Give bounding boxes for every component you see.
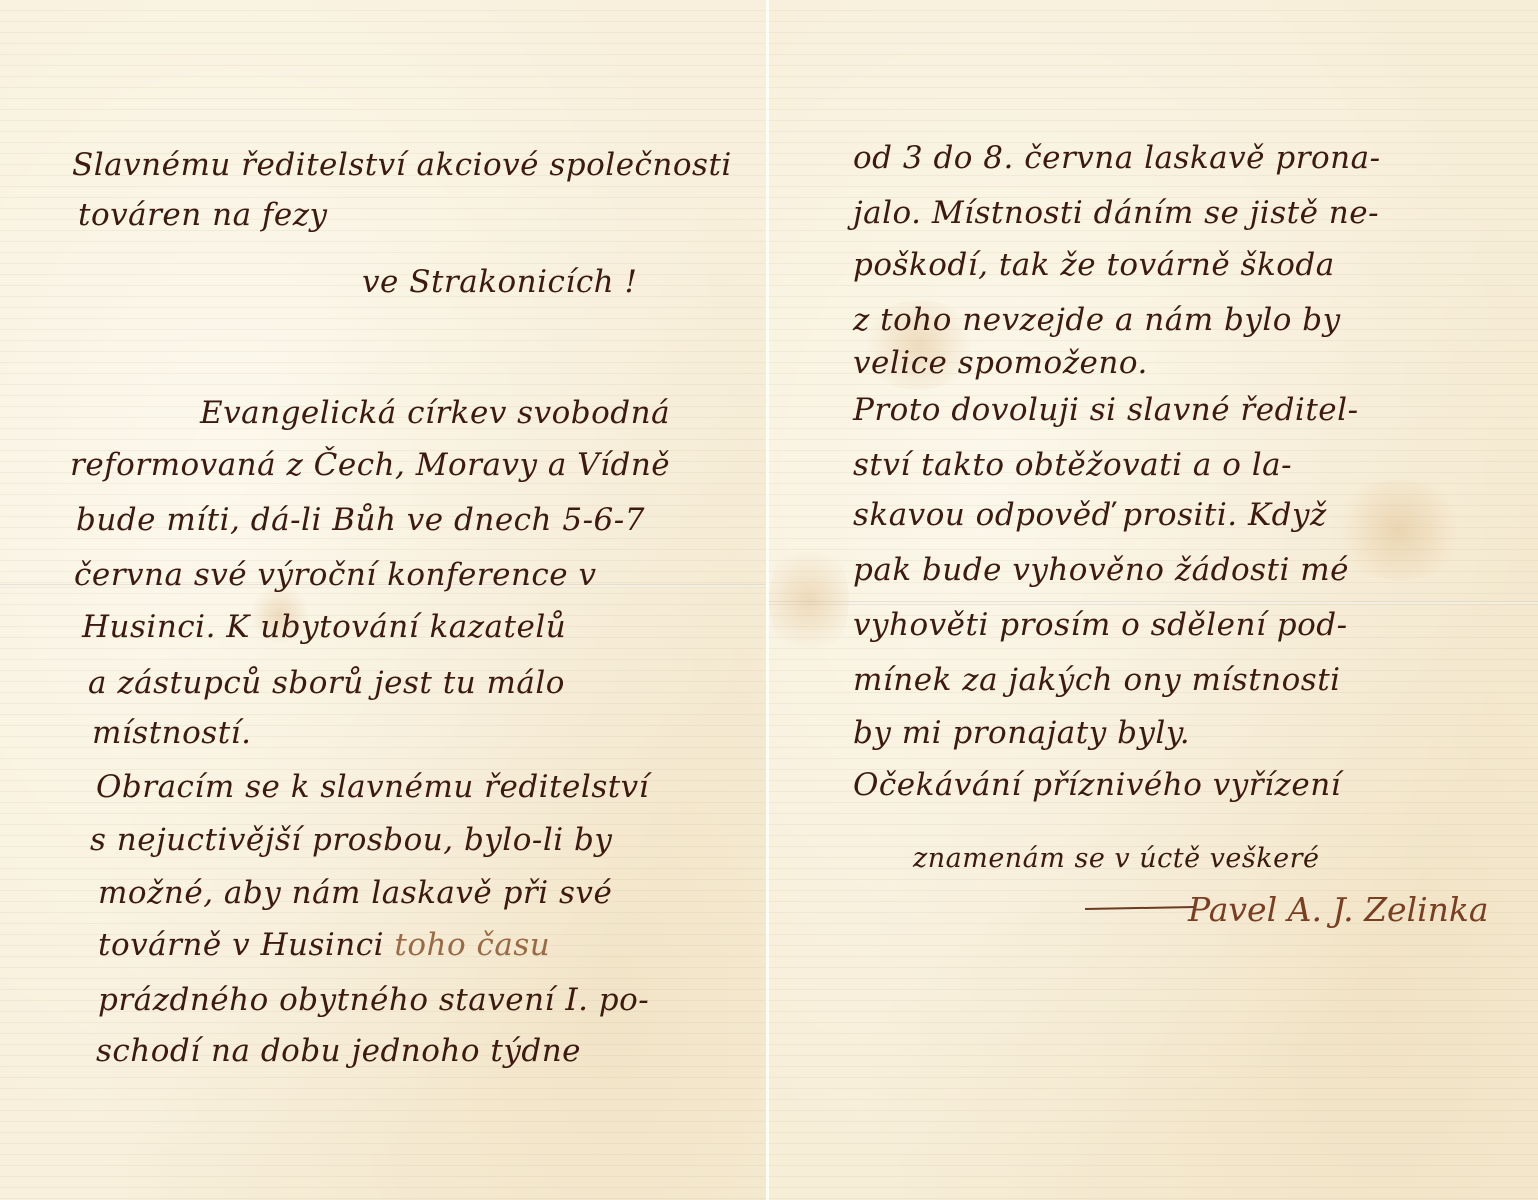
body-line: továrně v Husinci toho času <box>98 930 550 961</box>
body-line: mínek za jakých ony místnosti <box>853 665 1341 696</box>
body-line: Obracím se k slavnému ředitelství <box>96 772 649 803</box>
paper-stain <box>1329 480 1469 580</box>
body-line: z toho nevzejde a nám bylo by <box>853 305 1341 336</box>
body-line: skavou odpověď prositi. Když <box>853 500 1327 531</box>
salutation-line-2: továren na fezy <box>78 200 328 231</box>
body-line: června své výroční konference v <box>74 560 597 591</box>
signature: Pavel A. J. Zelinka <box>1188 890 1489 929</box>
paper-fold-crease <box>769 601 1538 605</box>
body-line: ství takto obtěžovati a o la- <box>853 450 1292 481</box>
body-line: Proto dovoluji si slavné ředitel- <box>853 395 1359 426</box>
body-line: bude míti, dá-li Bůh ve dnech 5-6-7 <box>76 505 645 536</box>
body-line: vyhověti prosím o sdělení pod- <box>853 610 1348 641</box>
body-line-text: továrně v Husinci <box>98 927 384 963</box>
body-line: s nejuctivější prosbou, bylo-li by <box>90 825 612 856</box>
body-line: Evangelická církev svobodná <box>200 398 670 429</box>
closing-line: znamenám se v úctě veškeré <box>913 845 1319 872</box>
body-line: pak bude vyhověno žádosti mé <box>853 555 1349 586</box>
body-line: od 3 do 8. června laskavě prona- <box>853 143 1381 174</box>
body-line: jalo. Místnosti dáním se jistě ne- <box>853 198 1379 229</box>
place-line: ve Strakonicích ! <box>362 267 637 298</box>
body-line: velice spomoženo. <box>853 348 1148 379</box>
body-line: Očekávání příznivého vyřízení <box>853 770 1341 801</box>
paper-stain <box>769 540 849 660</box>
salutation-line-1: Slavnému ředitelství akciové společnosti <box>72 150 732 181</box>
body-line: prázdného obytného stavení I. po- <box>98 985 649 1016</box>
body-line: místností. <box>92 718 251 749</box>
letter-page-left: Slavnému ředitelství akciové společnosti… <box>0 0 766 1200</box>
body-line: reformovaná z Čech, Moravy a Vídně <box>70 450 670 481</box>
body-line: by mi pronajaty byly. <box>853 718 1190 749</box>
body-line: možné, aby nám laskavě při své <box>98 878 612 909</box>
body-line: schodí na dobu jednoho týdne <box>96 1036 581 1067</box>
body-line: poškodí, tak že továrně škoda <box>853 250 1335 281</box>
body-line-faded-text: toho času <box>394 927 550 963</box>
letter-page-right: od 3 do 8. června laskavě prona- jalo. M… <box>769 0 1538 1200</box>
body-line: Husinci. K ubytování kazatelů <box>82 612 566 643</box>
body-line: a zástupců sborů jest tu málo <box>88 668 565 699</box>
